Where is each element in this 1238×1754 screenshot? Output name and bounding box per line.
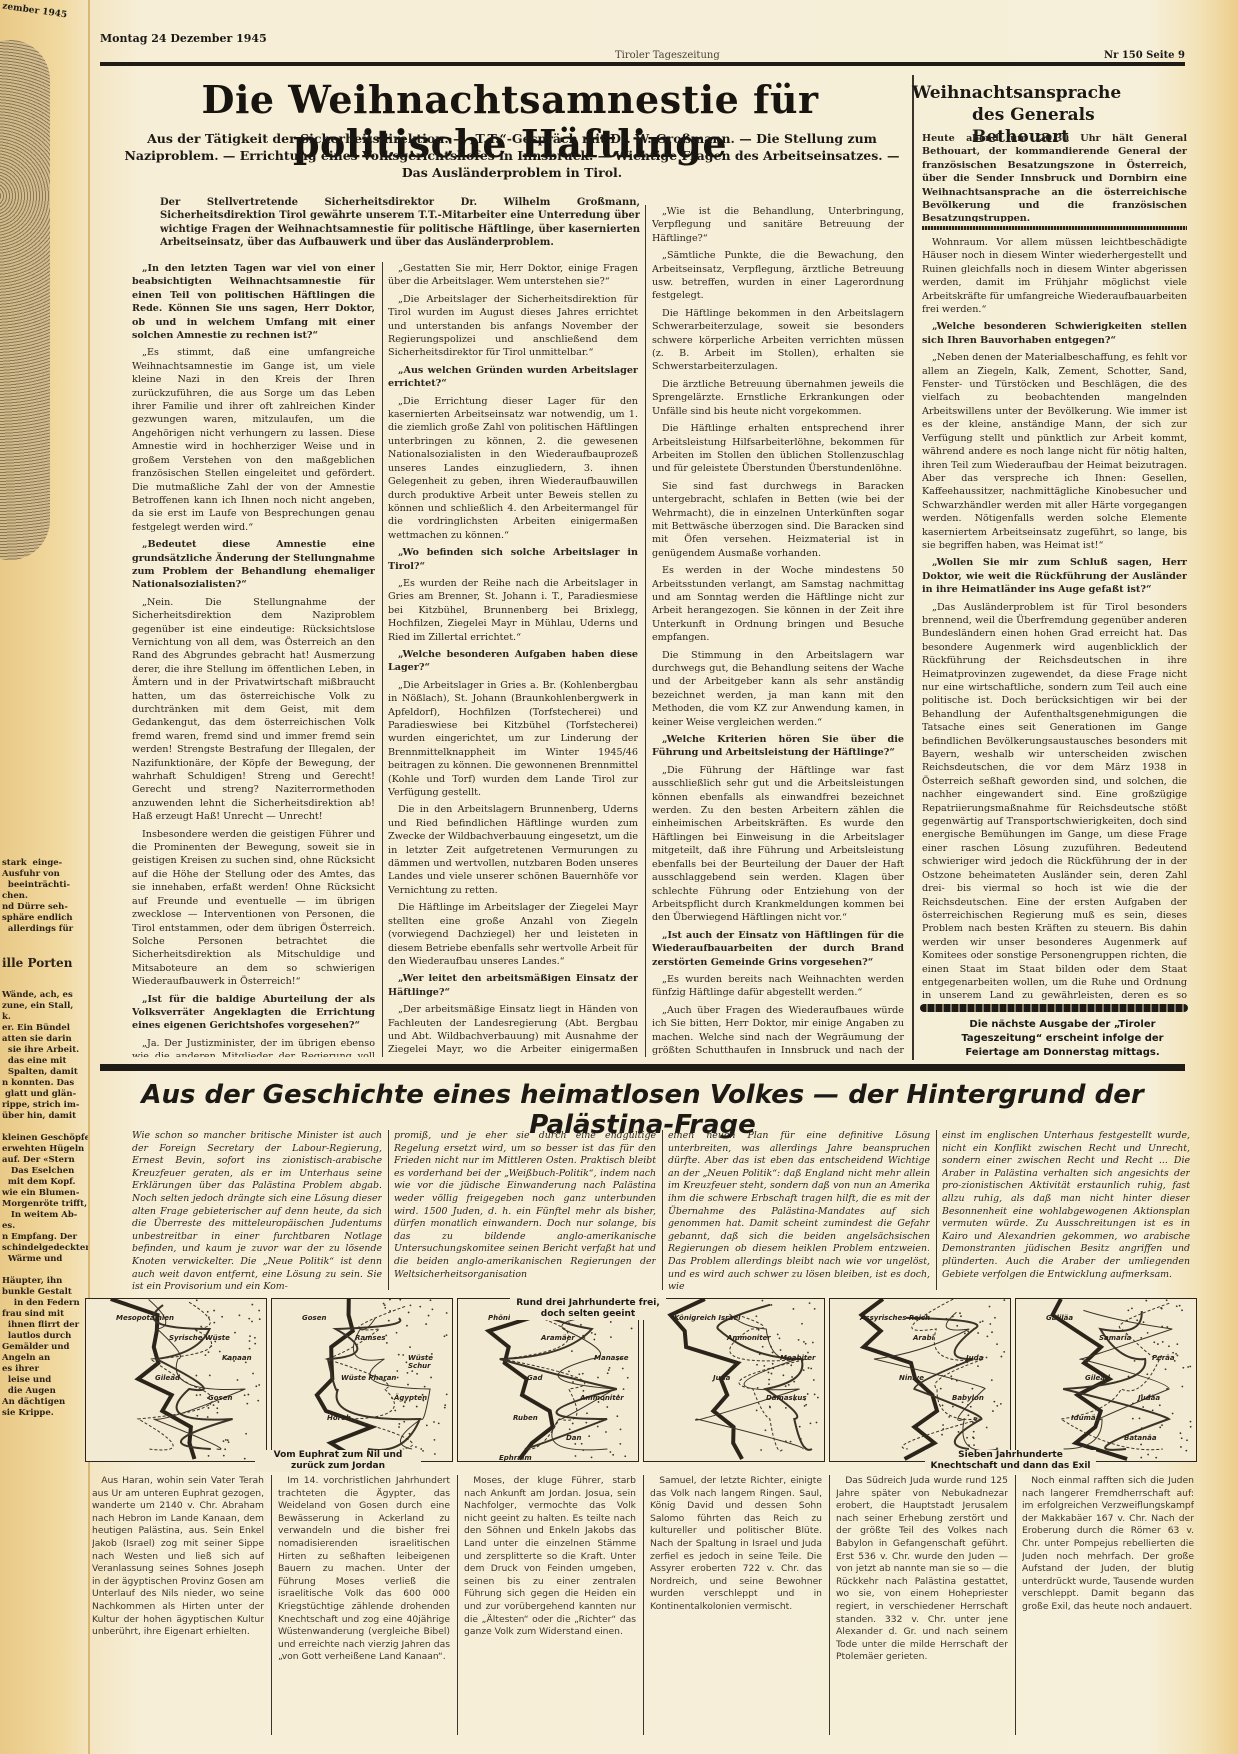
map-caption-2: Rund drei Jahrhunderte frei, doch selten… xyxy=(510,1298,666,1320)
map-label: Horeb xyxy=(327,1414,351,1422)
interview-answer: Die Häftlinge erhalten entsprechend ihre… xyxy=(652,422,904,476)
map-label: Manasse xyxy=(594,1354,628,1362)
interview-answer: „Ja. Der Justizminister, der im übrigen … xyxy=(132,1037,375,1057)
map-label: Juda xyxy=(966,1354,983,1362)
column-divider xyxy=(271,1475,272,1735)
interview-answer: „Die Arbeitslager der Sicherheitsdirekti… xyxy=(388,293,638,360)
interview-answer: Die Häftlinge bekommen in den Arbeitslag… xyxy=(652,307,904,374)
map-label: Aramäer xyxy=(541,1334,575,1342)
map-label: Ninive xyxy=(899,1374,924,1382)
historical-map: Königreich IsraelAmmoniterMoabiterJudaDa… xyxy=(643,1298,825,1462)
map-label: Syrische Wüste xyxy=(169,1334,230,1342)
palestine-history-column: Samuel, der letzte Richter, einigte das … xyxy=(650,1475,822,1735)
map-label: Judäa xyxy=(1138,1394,1160,1402)
map-label: Peräa xyxy=(1152,1354,1175,1362)
adjacent-text-fragment: Wände, ach, es zune, ein Stall, k. er. E… xyxy=(2,990,84,1419)
interview-question: „Aus welchen Gründen wurden Arbeitslager… xyxy=(388,364,638,391)
column-divider xyxy=(382,262,383,1057)
interview-question: „Wo befinden sich solche Arbeitslager in… xyxy=(388,546,638,573)
map-label: Idumäa xyxy=(1071,1414,1100,1422)
map-label: Ramses xyxy=(355,1334,386,1342)
map-label: Gosen xyxy=(302,1314,326,1322)
interview-answer: Es werden in der Woche mindestens 50 Arb… xyxy=(652,564,904,644)
adjacent-heading-fragment: ille Porten xyxy=(2,958,84,969)
map-label: Galiläa xyxy=(1046,1314,1073,1322)
issue-page-number: Nr 150 Seite 9 xyxy=(1104,50,1185,61)
article-lead: Der Stellvertretende Sicherheitsdirektor… xyxy=(160,196,640,250)
interview-answer: „Es wurden bereits nach Weihnachten werd… xyxy=(652,973,904,1000)
interview-answer: „Sämtliche Punkte, die die Bewachung, de… xyxy=(652,249,904,303)
interview-answer: „Es stimmt, daß eine umfangreiche Weihna… xyxy=(132,346,375,534)
historical-map: GosenRamsesWüste SchurWüste PharanÄgypte… xyxy=(271,1298,453,1462)
historical-map: MesopotamienSyrische WüsteKanaanGileadGo… xyxy=(85,1298,267,1462)
column-divider xyxy=(936,1130,937,1290)
column-divider xyxy=(829,1475,830,1735)
interview-answer: Die in den Arbeitslagern Brunnenberg, Ud… xyxy=(388,803,638,897)
map-label: Assyrisches Reich xyxy=(860,1314,930,1322)
interview-answer: Insbesondere werden die geistigen Führer… xyxy=(132,828,375,989)
interview-question: „Welche besonderen Aufgaben haben diese … xyxy=(388,648,638,675)
interview-answer: „Der arbeitsmäßige Einsatz liegt in Händ… xyxy=(388,1003,638,1057)
newspaper-page: zember 1945 stark einge- Ausfuhr von bee… xyxy=(0,0,1238,1754)
palestine-intro-column-2: promiß, und je eher sie durch eine endgü… xyxy=(394,1130,656,1290)
column-divider xyxy=(1015,1475,1016,1735)
map-caption-1: Vom Euphrat zum Nil und zurück zum Jorda… xyxy=(255,1450,421,1472)
issue-date: Montag 24 Dezember 1945 xyxy=(100,32,267,45)
paper-name: Tiroler Tageszeitung xyxy=(615,50,720,61)
palestine-intro-column-3: einen neuen Plan für eine definitive Lös… xyxy=(668,1130,930,1290)
map-label: Wüste Pharan xyxy=(341,1374,396,1382)
map-label: Damaskus xyxy=(766,1394,807,1402)
column-divider xyxy=(662,1130,663,1290)
interview-answer: „Wie ist die Behandlung, Unterbringung, … xyxy=(652,205,904,245)
map-label: Gosen xyxy=(208,1394,232,1402)
map-label: Juda xyxy=(713,1374,730,1382)
adjacent-page-strip: zember 1945 stark einge- Ausfuhr von bee… xyxy=(0,0,90,1754)
historical-map-strip: MesopotamienSyrische WüsteKanaanGileadGo… xyxy=(85,1298,1195,1460)
historical-map: PhönizierAramäerManasseGadAmmoniterRuben… xyxy=(457,1298,639,1462)
interview-question: „Ist auch der Einsatz von Häftlingen für… xyxy=(652,929,904,969)
map-label: Gilead xyxy=(1085,1374,1110,1382)
next-issue-notice: Die nächste Ausgabe der „Tiroler Tagesze… xyxy=(940,1018,1185,1060)
map-label: Kanaan xyxy=(222,1354,252,1362)
map-label: Ammoniter xyxy=(727,1334,771,1342)
decorative-wreath-illustration xyxy=(0,40,50,560)
interview-answer: „Es wurden der Reihe nach die Arbeitslag… xyxy=(388,577,638,644)
interview-answer: Sie sind fast durchwegs in Baracken unte… xyxy=(652,480,904,560)
interview-question: „Bedeutet diese Amnestie eine grundsätzl… xyxy=(132,538,375,592)
column-divider xyxy=(643,1475,644,1735)
interview-question: „Welche besonderen Schwierigkeiten stell… xyxy=(922,320,1187,347)
column-divider xyxy=(912,75,914,1060)
interview-answer: „Die Errichtung dieser Lager für den kas… xyxy=(388,395,638,542)
interview-answer: „Das Ausländerproblem ist für Tirol beso… xyxy=(922,601,1187,1000)
palestine-history-column: Moses, der kluge Führer, starb nach Anku… xyxy=(464,1475,636,1735)
interview-answer: Die ärztliche Betreuung übernahmen jewei… xyxy=(652,378,904,418)
interview-answer: „Nein. Die Stellungnahme der Sicherheits… xyxy=(132,596,375,824)
column-divider xyxy=(645,205,646,1057)
article-column-1: „In den letzten Tagen war viel von einer… xyxy=(132,262,375,1057)
palestine-history-column: Aus Haran, wohin sein Vater Terah aus Ur… xyxy=(92,1475,264,1735)
sidebar-rule xyxy=(922,226,1187,230)
interview-answer: Die Stimmung in den Arbeitslagern war du… xyxy=(652,649,904,729)
map-label: Samaria xyxy=(1099,1334,1131,1342)
masthead-rule xyxy=(100,62,1185,66)
article-deck: Aus der Tätigkeit der Sicherheitsdirekti… xyxy=(124,130,900,181)
interview-question: „In den letzten Tagen war viel von einer… xyxy=(132,262,375,342)
adjacent-page-date: zember 1945 xyxy=(2,2,68,21)
interview-question: „Wer leitet den arbeitsmäßigen Einsatz d… xyxy=(388,972,638,999)
map-label: Ephraim xyxy=(499,1454,532,1462)
interview-answer: „Auch über Fragen des Wiederaufbaues wür… xyxy=(652,1004,904,1057)
adjacent-text-fragment: stark einge- Ausfuhr von beeinträchti- c… xyxy=(2,858,84,935)
map-label: Ägypten xyxy=(394,1394,427,1402)
map-label: Gad xyxy=(527,1374,542,1382)
map-label: Ammoniter xyxy=(580,1394,624,1402)
column-divider xyxy=(388,1130,389,1290)
palestine-history-column: Das Südreich Juda wurde rund 125 Jahre s… xyxy=(836,1475,1008,1735)
interview-answer: Die Häftlinge im Arbeitslager der Ziegel… xyxy=(388,901,638,968)
interview-question: „Wollen Sie mir zum Schluß sagen, Herr D… xyxy=(922,556,1187,596)
interview-answer: Wohnraum. Vor allem müssen leichtbeschäd… xyxy=(922,236,1187,316)
map-label: Arabi xyxy=(913,1334,934,1342)
sidebar-heading-line1: Weihnachtsansprache xyxy=(912,83,1121,103)
map-label: Moabiter xyxy=(780,1354,815,1362)
decorative-wavy-rule xyxy=(920,1004,1188,1012)
map-caption-3: Sieben Jahrhunderte Knechtschaft und dan… xyxy=(925,1450,1096,1472)
historical-map: GaliläaSamariaPeräaGileadJudäaIdumäaBata… xyxy=(1015,1298,1197,1462)
map-label: Dan xyxy=(566,1434,582,1442)
map-label: Wüste Schur xyxy=(408,1354,452,1370)
article-column-2: „Gestatten Sie mir, Herr Doktor, einige … xyxy=(388,262,638,1057)
interview-answer: „Neben denen der Materialbeschaffung, es… xyxy=(922,351,1187,552)
map-label: Ruben xyxy=(513,1414,538,1422)
palestine-history-column: Im 14. vorchristlichen Jahrhundert trach… xyxy=(278,1475,450,1735)
masthead: Montag 24 Dezember 1945 Tiroler Tageszei… xyxy=(100,10,1185,70)
sidebar-body: Heute abend um 20.30 Uhr hält General Be… xyxy=(922,132,1187,222)
map-label: Mesopotamien xyxy=(116,1314,174,1322)
section-divider-bar xyxy=(100,1064,1185,1071)
historical-map: Assyrisches ReichArabiJudaNiniveBabylon xyxy=(829,1298,1011,1462)
palestine-intro-column-1: Wie schon so mancher britische Minister … xyxy=(132,1130,382,1290)
interview-answer: „Die Führung der Häftlinge war fast auss… xyxy=(652,764,904,925)
article-column-3: „Wie ist die Behandlung, Unterbringung, … xyxy=(652,205,904,1057)
article-column-4: Wohnraum. Vor allem müssen leichtbeschäd… xyxy=(922,236,1187,1000)
interview-question: „Welche Kriterien hören Sie über die Füh… xyxy=(652,733,904,760)
column-divider xyxy=(457,1475,458,1735)
interview-answer: „Die Arbeitslager in Gries a. Br. (Kohle… xyxy=(388,679,638,800)
interview-question: „Ist für die baldige Aburteilung der als… xyxy=(132,993,375,1033)
map-label: Gilead xyxy=(155,1374,180,1382)
palestine-intro-column-4: einst im englischen Unterhaus festgestel… xyxy=(942,1130,1190,1290)
interview-answer: „Gestatten Sie mir, Herr Doktor, einige … xyxy=(388,262,638,289)
palestine-history-column: Noch einmal rafften sich die Juden nach … xyxy=(1022,1475,1194,1735)
map-label: Königreich Israel xyxy=(674,1314,741,1322)
map-label: Batanäa xyxy=(1124,1434,1157,1442)
map-label: Babylon xyxy=(952,1394,984,1402)
